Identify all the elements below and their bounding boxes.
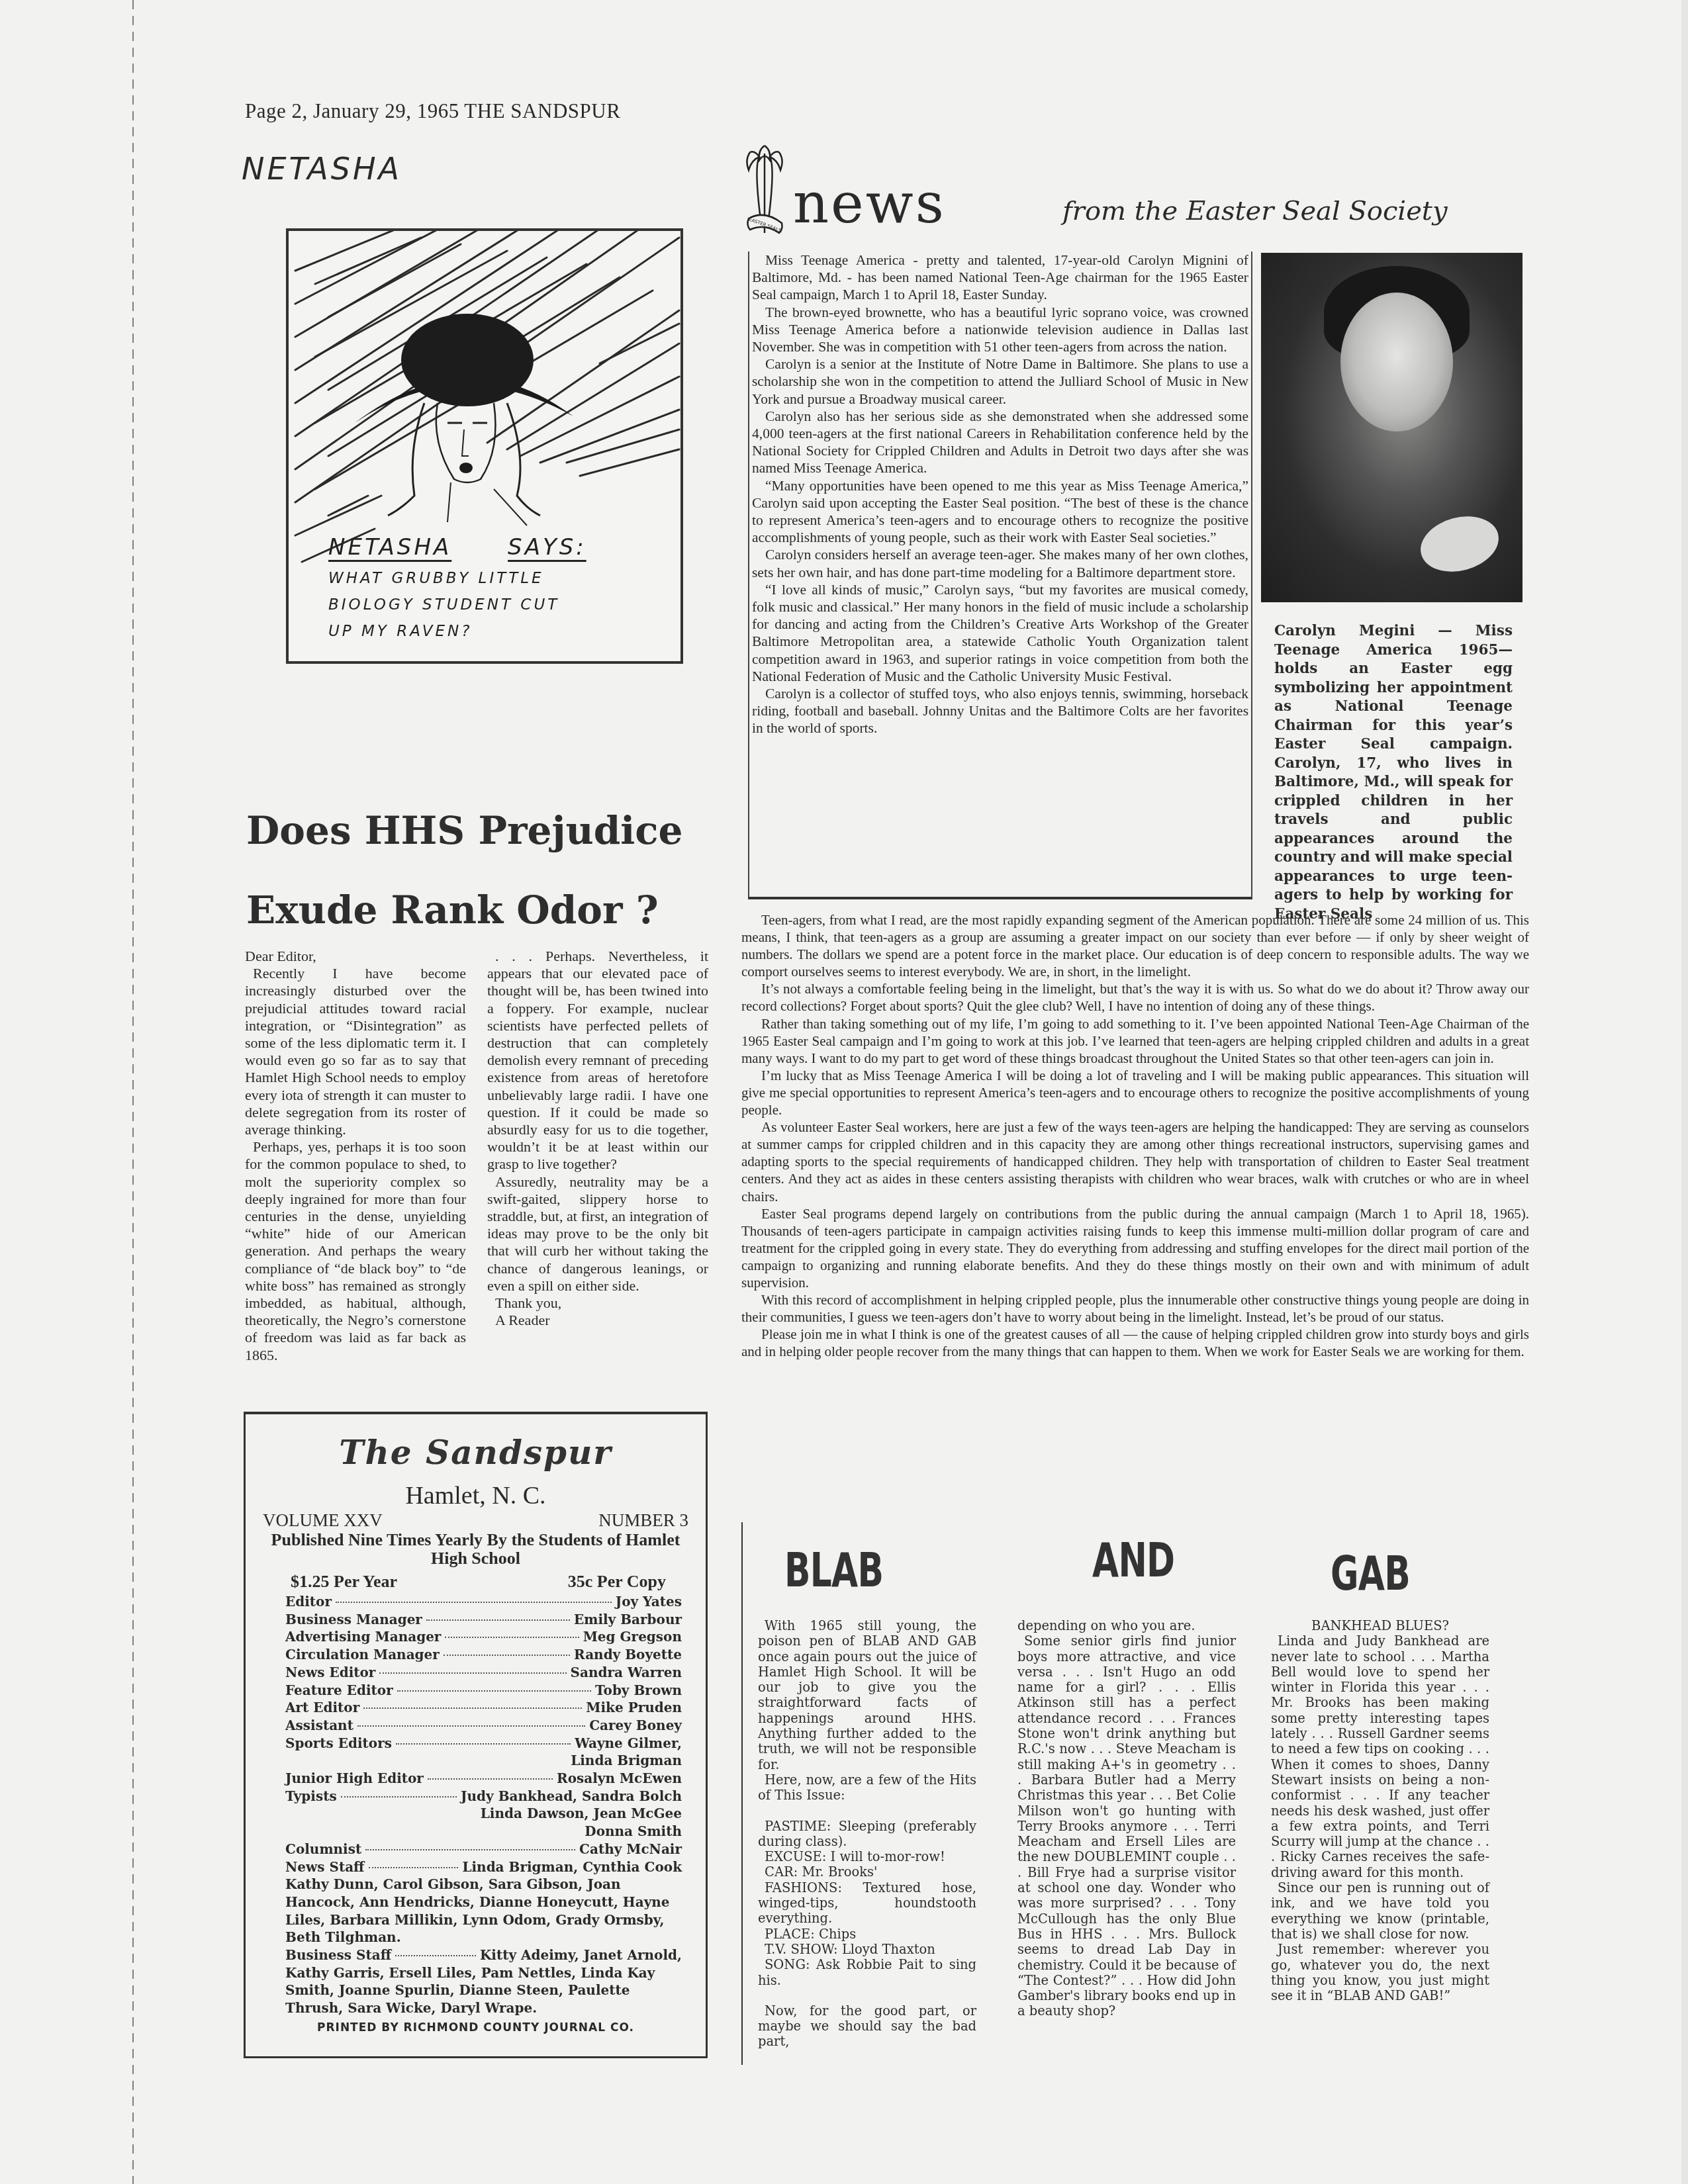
column-paragraph: Linda and Judy Bankhead are never late t… bbox=[1271, 1633, 1489, 1880]
column-paragraph: Just remember: wherever you go, whatever… bbox=[1271, 1942, 1489, 2003]
easter-seal-letter-body: Teen-agers, from what I read, are the mo… bbox=[741, 911, 1529, 1360]
article-paragraph: Miss Teenage America - pretty and talent… bbox=[752, 251, 1248, 304]
photo-caption: Carolyn Megini — Miss Teenage America 19… bbox=[1274, 622, 1513, 924]
page-masthead: Page 2, January 29, 1965 THE SANDSPUR bbox=[245, 99, 620, 123]
staff-role: Typists bbox=[285, 1788, 337, 1805]
cartoon-section-label: NETASHA bbox=[242, 151, 402, 187]
blab-column-2: depending on who you are. Some senior gi… bbox=[1017, 1618, 1236, 2019]
photo-face bbox=[1340, 293, 1453, 432]
column-heading: BANKHEAD BLUES? bbox=[1271, 1618, 1489, 1633]
cartoon-caption: NETASHA SAYS: WHAT GRUBBY LITTLE BIOLOGY… bbox=[328, 534, 586, 640]
staff-continued: Donna Smith bbox=[285, 1823, 682, 1841]
letter-to-editor: Dear Editor, Recently I have become incr… bbox=[245, 948, 708, 1364]
letter-paragraph: Assuredly, neutrality may be a swift-gai… bbox=[487, 1173, 708, 1295]
netasha-cartoon: NETASHA SAYS: WHAT GRUBBY LITTLE BIOLOGY… bbox=[286, 228, 683, 664]
staff-row: Advertising ManagerMeg Gregson bbox=[285, 1628, 682, 1646]
easter-seal-boxed-article: Miss Teenage America - pretty and talent… bbox=[748, 251, 1252, 899]
column-paragraph: Some senior girls find junior boys more … bbox=[1017, 1633, 1236, 2019]
staff-row: News StaffLinda Brigman, Cynthia Cook bbox=[285, 1858, 682, 1876]
headline-line: Exude Rank Odor ? bbox=[246, 870, 736, 950]
letter-paragraph: Recently I have become increasingly dist… bbox=[245, 965, 466, 1138]
editorial-headline: Does HHS Prejudice Exude Rank Odor ? bbox=[246, 791, 736, 950]
staff-role: Editor bbox=[285, 1593, 332, 1611]
staff-role: Assistant bbox=[285, 1717, 353, 1735]
issue-number: NUMBER 3 bbox=[598, 1510, 688, 1531]
staff-role: Business Manager bbox=[285, 1611, 422, 1629]
cartoon-title-says: SAYS: bbox=[508, 534, 586, 561]
body-paragraph: With this record of accomplishment in he… bbox=[741, 1291, 1529, 1326]
column-paragraph: Now, for the good part, or maybe we shou… bbox=[758, 2003, 976, 2050]
cartoon-title-name: NETASHA bbox=[328, 534, 451, 561]
staff-name: Mike Pruden bbox=[586, 1699, 682, 1717]
staff-name: Toby Brown bbox=[595, 1682, 682, 1700]
staff-row: Circulation ManagerRandy Boyette bbox=[285, 1646, 682, 1664]
easter-seal-subtitle: from the Easter Seal Society bbox=[1062, 196, 1447, 226]
body-paragraph: Rather than taking something out of my l… bbox=[741, 1015, 1529, 1067]
hit-item: FASHIONS: Textured hose, winged-tips, ho… bbox=[758, 1880, 976, 1927]
letter-paragraph: Perhaps, yes, perhaps it is too soon for… bbox=[245, 1138, 466, 1364]
staff-row: Junior High EditorRosalyn McEwen bbox=[285, 1770, 682, 1788]
article-paragraph: Carolyn considers herself an average tee… bbox=[752, 546, 1248, 580]
staff-name: Joy Yates bbox=[616, 1593, 682, 1611]
staff-row: News EditorSandra Warren bbox=[285, 1664, 682, 1682]
staff-row: Sports EditorsWayne Gilmer, bbox=[285, 1735, 682, 1752]
staff-name: Sandra Warren bbox=[571, 1664, 682, 1682]
staff-continued: Linda Brigman bbox=[285, 1752, 682, 1770]
cartoon-line: BIOLOGY STUDENT CUT bbox=[328, 596, 586, 614]
scan-right-edge bbox=[1681, 0, 1688, 2184]
staff-role: Advertising Manager bbox=[285, 1628, 441, 1646]
easter-egg-icon bbox=[1415, 508, 1505, 580]
cartoon-line: WHAT GRUBBY LITTLE bbox=[328, 570, 586, 587]
staff-row: Business StaffKitty Adeimy, Janet Arnold… bbox=[285, 1946, 682, 1964]
body-paragraph: Teen-agers, from what I read, are the mo… bbox=[741, 911, 1529, 980]
letter-salutation: Dear Editor, bbox=[245, 948, 466, 965]
column-paragraph: depending on who you are. bbox=[1017, 1618, 1236, 1633]
staff-name: Wayne Gilmer, bbox=[575, 1735, 682, 1752]
staff-role: Circulation Manager bbox=[285, 1646, 440, 1664]
staff-name: Rosalyn McEwen bbox=[557, 1770, 682, 1788]
column-divider bbox=[741, 1522, 743, 2065]
staff-name: Randy Boyette bbox=[574, 1646, 682, 1664]
gab-title: GAB bbox=[1331, 1545, 1410, 1601]
body-paragraph: Easter Seal programs depend largely on c… bbox=[741, 1205, 1529, 1291]
printer-credit: PRINTED BY RICHMOND COUNTY JOURNAL CO. bbox=[246, 2021, 706, 2034]
staff-role: News Editor bbox=[285, 1664, 375, 1682]
staff-name: Linda Brigman, Cynthia Cook bbox=[462, 1858, 682, 1876]
staff-row: ColumnistCathy McNair bbox=[285, 1841, 682, 1858]
article-paragraph: The brown-eyed brownette, who has a beau… bbox=[752, 304, 1248, 356]
column-paragraph: Since our pen is running out of ink, and… bbox=[1271, 1880, 1489, 1942]
hit-item: PASTIME: Sleeping (preferably during cla… bbox=[758, 1819, 976, 1850]
headline-line: Does HHS Prejudice bbox=[246, 791, 736, 870]
scan-edge-line bbox=[132, 0, 134, 2184]
easter-seal-news-title: news bbox=[793, 173, 946, 233]
volume: VOLUME XXV bbox=[263, 1510, 383, 1531]
hit-item: T.V. SHOW: Lloyd Thaxton bbox=[758, 1942, 976, 1957]
staff-name: Meg Gregson bbox=[583, 1628, 682, 1646]
staff-row: TypistsJudy Bankhead, Sandra Bolch bbox=[285, 1788, 682, 1805]
article-paragraph: “I love all kinds of music,” Carolyn say… bbox=[752, 581, 1248, 685]
hit-item: SONG: Ask Robbie Pait to sing his. bbox=[758, 1957, 976, 1988]
carolyn-photo bbox=[1261, 253, 1523, 602]
staff-row: EditorJoy Yates bbox=[285, 1593, 682, 1611]
staff-row: Art EditorMike Pruden bbox=[285, 1699, 682, 1717]
staff-role: News Staff bbox=[285, 1858, 365, 1876]
hit-item: CAR: Mr. Brooks' bbox=[758, 1864, 976, 1880]
staff-role: Sports Editors bbox=[285, 1735, 392, 1752]
article-paragraph: “Many opportunities have been opened to … bbox=[752, 477, 1248, 547]
letter-signature: A Reader bbox=[487, 1312, 708, 1329]
publication-note: Published Nine Times Yearly By the Stude… bbox=[246, 1531, 706, 1568]
staff-row: Business ManagerEmily Barbour bbox=[285, 1611, 682, 1629]
easter-lily-logo-icon: EASTER SEALS bbox=[745, 140, 784, 240]
staff-role: Feature Editor bbox=[285, 1682, 393, 1700]
staff-continued: Linda Dawson, Jean McGee bbox=[285, 1805, 682, 1823]
body-paragraph: I’m lucky that as Miss Teenage America I… bbox=[741, 1067, 1529, 1118]
and-title: AND bbox=[1092, 1532, 1174, 1588]
hit-item: PLACE: Chips bbox=[758, 1927, 976, 1942]
blab-column-3: BANKHEAD BLUES? Linda and Judy Bankhead … bbox=[1271, 1618, 1489, 2003]
staff-list: EditorJoy Yates Business ManagerEmily Ba… bbox=[246, 1592, 706, 2017]
article-paragraph: Carolyn is a senior at the Institute of … bbox=[752, 355, 1248, 408]
hit-item: EXCUSE: I will to-mor-row! bbox=[758, 1849, 976, 1864]
staff-city: Hamlet, N. C. bbox=[246, 1481, 706, 1510]
blab-title: BLAB bbox=[784, 1542, 883, 1598]
price-copy: 35c Per Copy bbox=[568, 1572, 666, 1592]
article-paragraph: Carolyn also has her serious side as she… bbox=[752, 408, 1248, 477]
staff-role: Columnist bbox=[285, 1841, 361, 1858]
staff-continued: Kathy Garris, Ersell Liles, Pam Nettles,… bbox=[285, 1964, 682, 2017]
staff-name: Carey Boney bbox=[589, 1717, 682, 1735]
staff-row: Feature EditorToby Brown bbox=[285, 1682, 682, 1700]
column-paragraph: Here, now, are a few of the Hits of This… bbox=[758, 1772, 976, 1803]
staff-role: Art Editor bbox=[285, 1699, 359, 1717]
body-paragraph: It’s not always a comfortable feeling be… bbox=[741, 980, 1529, 1015]
staff-name: Emily Barbour bbox=[574, 1611, 682, 1629]
article-paragraph: Carolyn is a collector of stuffed toys, … bbox=[752, 685, 1248, 737]
volume-row: VOLUME XXV NUMBER 3 bbox=[246, 1510, 706, 1531]
staff-name: Kitty Adeimy, Janet Arnold, bbox=[480, 1946, 682, 1964]
column-paragraph: With 1965 still young, the poison pen of… bbox=[758, 1618, 976, 1772]
cartoon-line: UP MY RAVEN? bbox=[328, 623, 586, 640]
letter-closing: Thank you, bbox=[487, 1295, 708, 1312]
sandspur-logo: The Sandspur bbox=[246, 1433, 706, 1472]
price-row: $1.25 Per Year 35c Per Copy bbox=[246, 1568, 706, 1592]
staff-continued: Kathy Dunn, Carol Gibson, Sara Gibson, J… bbox=[285, 1876, 682, 1946]
staff-row: AssistantCarey Boney bbox=[285, 1717, 682, 1735]
body-paragraph: As volunteer Easter Seal workers, here a… bbox=[741, 1118, 1529, 1205]
staff-name: Judy Bankhead, Sandra Bolch bbox=[461, 1788, 682, 1805]
body-paragraph: Please join me in what I think is one of… bbox=[741, 1326, 1529, 1360]
price-year: $1.25 Per Year bbox=[291, 1572, 397, 1592]
blab-column-1: With 1965 still young, the poison pen of… bbox=[758, 1618, 976, 2050]
staff-role: Junior High Editor bbox=[285, 1770, 424, 1788]
staff-role: Business Staff bbox=[285, 1946, 391, 1964]
letter-paragraph: . . . Perhaps. Nevertheless, it appears … bbox=[487, 948, 708, 1173]
staff-name: Cathy McNair bbox=[579, 1841, 682, 1858]
staff-box: The Sandspur Hamlet, N. C. VOLUME XXV NU… bbox=[244, 1412, 708, 2058]
